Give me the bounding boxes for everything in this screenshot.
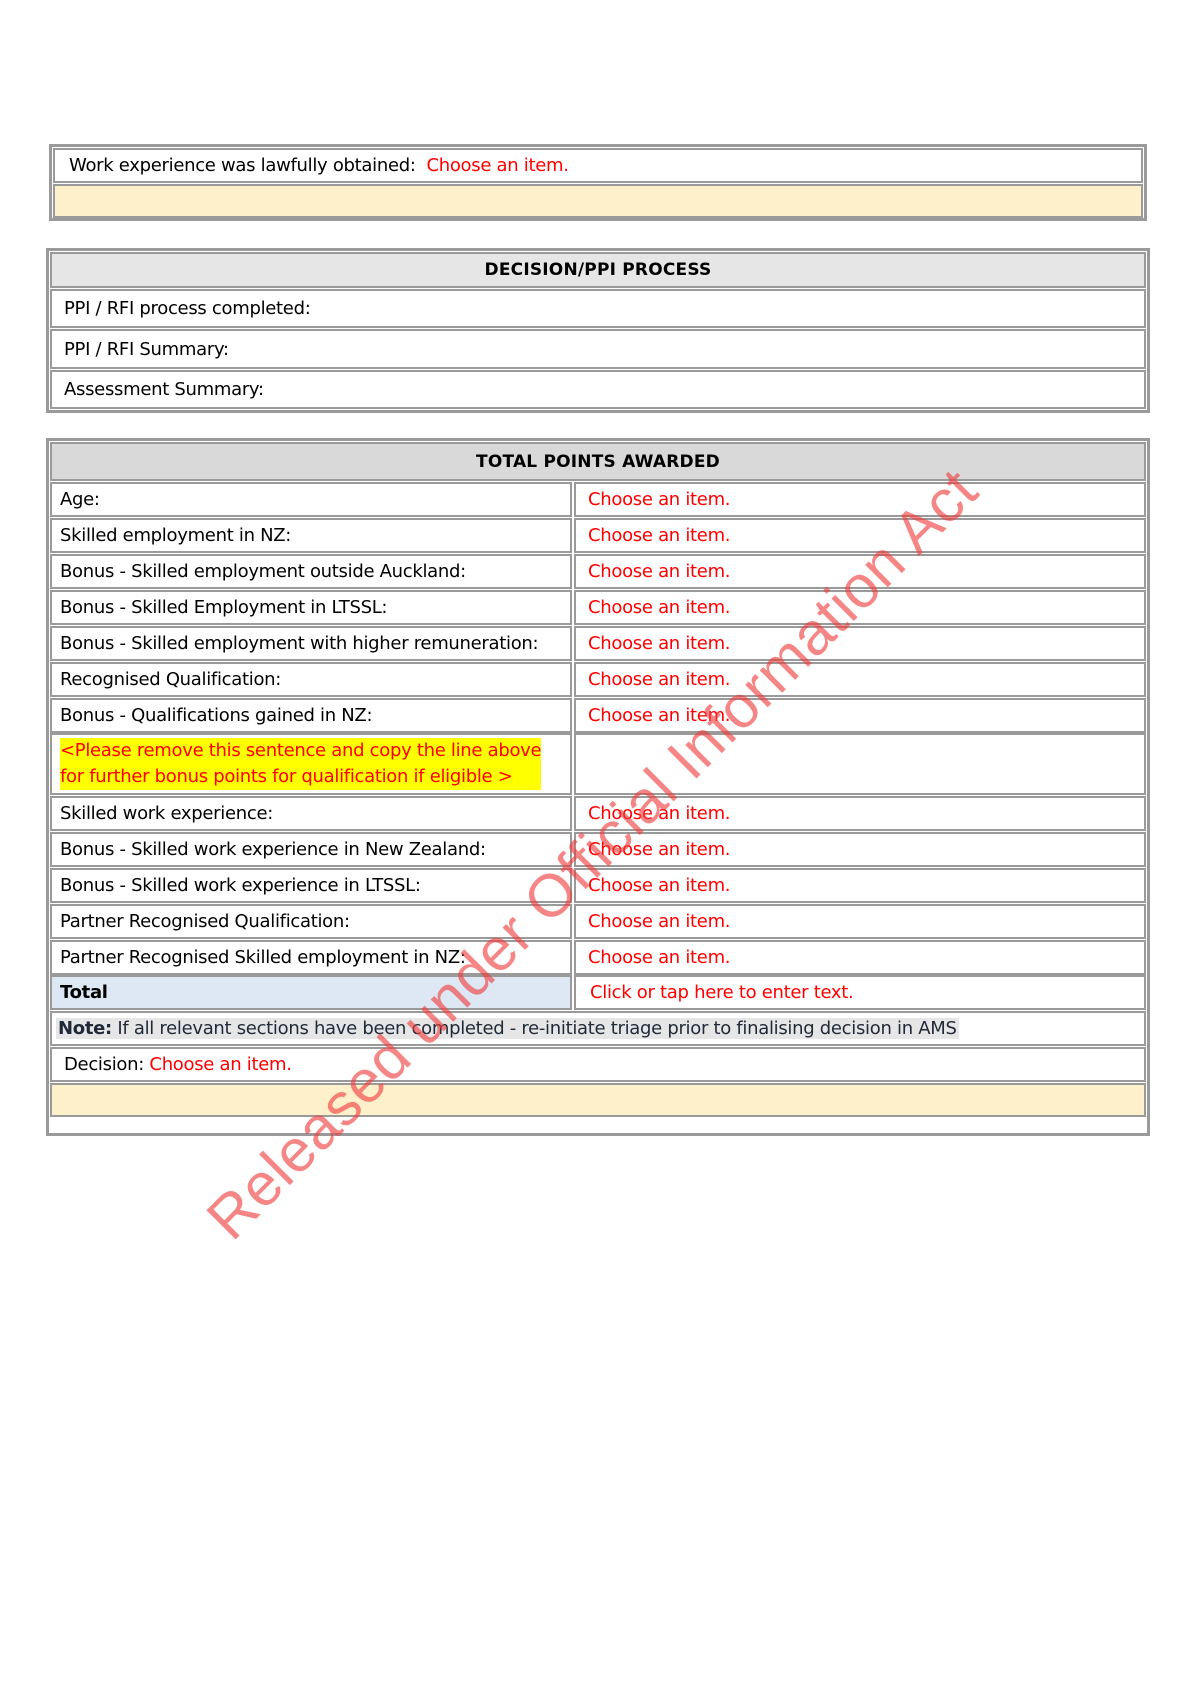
- points-value-cell[interactable]: Choose an item.: [574, 832, 1146, 867]
- points-row: Bonus - Skilled employment with higher r…: [50, 626, 1146, 661]
- points-dropdown[interactable]: Choose an item.: [588, 525, 730, 546]
- points-label-cell: Bonus - Skilled employment with higher r…: [50, 626, 572, 661]
- points-value-cell[interactable]: Choose an item.: [574, 662, 1146, 697]
- points-label-cell: Bonus - Qualifications gained in NZ:: [50, 698, 572, 733]
- decision-ppi-table: DECISION/PPI PROCESS PPI / RFI process c…: [46, 248, 1150, 413]
- points-row: Bonus - Skilled work experience in LTSSL…: [50, 868, 1146, 903]
- points-label-cell: Bonus - Skilled Employment in LTSSL:: [50, 590, 572, 625]
- points-label-cell: Skilled employment in NZ:: [50, 518, 572, 553]
- instruction-value-cell: [574, 733, 1146, 795]
- points-label: Age:: [60, 489, 100, 510]
- points-label-cell: Recognised Qualification:: [50, 662, 572, 697]
- points-label: Skilled employment in NZ:: [60, 525, 291, 546]
- points-label: Bonus - Qualifications gained in NZ:: [60, 705, 372, 726]
- work-experience-table: Work experience was lawfully obtained: C…: [49, 144, 1147, 221]
- total-points-title: TOTAL POINTS AWARDED: [476, 452, 720, 472]
- instruction-text[interactable]: <Please remove this sentence and copy th…: [60, 738, 541, 790]
- points-row: Age:Choose an item.: [50, 482, 1146, 517]
- points-value-cell[interactable]: Choose an item.: [574, 904, 1146, 939]
- points-label: Bonus - Skilled work experience in LTSSL…: [60, 875, 421, 896]
- points-label: Partner Recognised Qualification:: [60, 911, 350, 932]
- points-label-cell: Bonus - Skilled work experience in LTSSL…: [50, 868, 572, 903]
- points-label-cell: Partner Recognised Skilled employment in…: [50, 940, 572, 975]
- points-value-cell[interactable]: Choose an item.: [574, 626, 1146, 661]
- points-row: Bonus - Skilled Employment in LTSSL:Choo…: [50, 590, 1146, 625]
- points-row: Partner Recognised Skilled employment in…: [50, 940, 1146, 975]
- points-row: Recognised Qualification:Choose an item.: [50, 662, 1146, 697]
- work-experience-dropdown[interactable]: Choose an item.: [426, 155, 568, 176]
- points-label-cell: Partner Recognised Qualification:: [50, 904, 572, 939]
- ppi-process-completed-row[interactable]: PPI / RFI process completed:: [50, 289, 1146, 328]
- points-row: Partner Recognised Qualification:Choose …: [50, 904, 1146, 939]
- points-label: Bonus - Skilled employment with higher r…: [60, 633, 538, 654]
- note-text: Note: If all relevant sections have been…: [56, 1018, 959, 1039]
- points-dropdown[interactable]: Choose an item.: [588, 911, 730, 932]
- decision-ppi-title: DECISION/PPI PROCESS: [485, 260, 712, 280]
- points-dropdown[interactable]: Choose an item.: [588, 633, 730, 654]
- points-row: Bonus - Skilled work experience in New Z…: [50, 832, 1146, 867]
- points-label: Recognised Qualification:: [60, 669, 281, 690]
- points-value-cell[interactable]: Choose an item.: [574, 554, 1146, 589]
- points-dropdown[interactable]: Choose an item.: [588, 803, 730, 824]
- points-value-cell[interactable]: Choose an item.: [574, 796, 1146, 831]
- total-value-cell[interactable]: Click or tap here to enter text.: [574, 975, 1146, 1010]
- decision-dropdown[interactable]: Choose an item.: [149, 1054, 291, 1075]
- instruction-row: <Please remove this sentence and copy th…: [50, 733, 1146, 795]
- decision-notes-row[interactable]: [50, 1083, 1146, 1117]
- points-value-cell[interactable]: Choose an item.: [574, 482, 1146, 517]
- decision-label: Decision:: [64, 1054, 144, 1075]
- assessment-summary-label: Assessment Summary:: [64, 379, 264, 400]
- points-value-cell[interactable]: Choose an item.: [574, 698, 1146, 733]
- points-value-cell[interactable]: Choose an item.: [574, 868, 1146, 903]
- assessment-summary-row[interactable]: Assessment Summary:: [50, 370, 1146, 409]
- ppi-summary-row[interactable]: PPI / RFI Summary:: [50, 329, 1146, 369]
- decision-ppi-header: DECISION/PPI PROCESS: [50, 252, 1146, 288]
- points-label: Partner Recognised Skilled employment in…: [60, 947, 466, 968]
- points-dropdown[interactable]: Choose an item.: [588, 839, 730, 860]
- points-dropdown[interactable]: Choose an item.: [588, 875, 730, 896]
- instruction-cell: <Please remove this sentence and copy th…: [50, 733, 572, 795]
- points-label: Bonus - Skilled work experience in New Z…: [60, 839, 486, 860]
- points-row: Skilled employment in NZ:Choose an item.: [50, 518, 1146, 553]
- points-dropdown[interactable]: Choose an item.: [588, 597, 730, 618]
- points-dropdown[interactable]: Choose an item.: [588, 947, 730, 968]
- points-dropdown[interactable]: Choose an item.: [588, 561, 730, 582]
- points-dropdown[interactable]: Choose an item.: [588, 489, 730, 510]
- points-label-cell: Bonus - Skilled employment outside Auckl…: [50, 554, 572, 589]
- points-value-cell[interactable]: Choose an item.: [574, 940, 1146, 975]
- points-label-cell: Skilled work experience:: [50, 796, 572, 831]
- points-label: Bonus - Skilled employment outside Auckl…: [60, 561, 466, 582]
- points-dropdown[interactable]: Choose an item.: [588, 669, 730, 690]
- points-row: Skilled work experience:Choose an item.: [50, 796, 1146, 831]
- total-label-cell: Total: [50, 975, 572, 1010]
- points-value-cell[interactable]: Choose an item.: [574, 590, 1146, 625]
- total-row: Total Click or tap here to enter text.: [50, 975, 1146, 1010]
- work-experience-label: Work experience was lawfully obtained:: [69, 155, 416, 176]
- total-label: Total: [60, 982, 108, 1003]
- points-value-cell[interactable]: Choose an item.: [574, 518, 1146, 553]
- points-label-cell: Bonus - Skilled work experience in New Z…: [50, 832, 572, 867]
- work-experience-row: Work experience was lawfully obtained: C…: [53, 148, 1143, 183]
- decision-row: Decision: Choose an item.: [50, 1047, 1146, 1082]
- points-dropdown[interactable]: Choose an item.: [588, 705, 730, 726]
- points-row: Bonus - Qualifications gained in NZ:Choo…: [50, 698, 1146, 733]
- points-label-cell: Age:: [50, 482, 572, 517]
- total-points-table: TOTAL POINTS AWARDED Age:Choose an item.…: [46, 438, 1150, 1136]
- ppi-summary-label: PPI / RFI Summary:: [64, 339, 229, 360]
- total-value-input[interactable]: Click or tap here to enter text.: [590, 982, 853, 1003]
- points-label: Bonus - Skilled Employment in LTSSL:: [60, 597, 387, 618]
- points-label: Skilled work experience:: [60, 803, 273, 824]
- total-points-header: TOTAL POINTS AWARDED: [50, 442, 1146, 481]
- work-experience-notes-row[interactable]: [53, 184, 1143, 218]
- points-row: Bonus - Skilled employment outside Auckl…: [50, 554, 1146, 589]
- note-row: Note: If all relevant sections have been…: [50, 1011, 1146, 1046]
- ppi-process-completed-label: PPI / RFI process completed:: [64, 298, 310, 319]
